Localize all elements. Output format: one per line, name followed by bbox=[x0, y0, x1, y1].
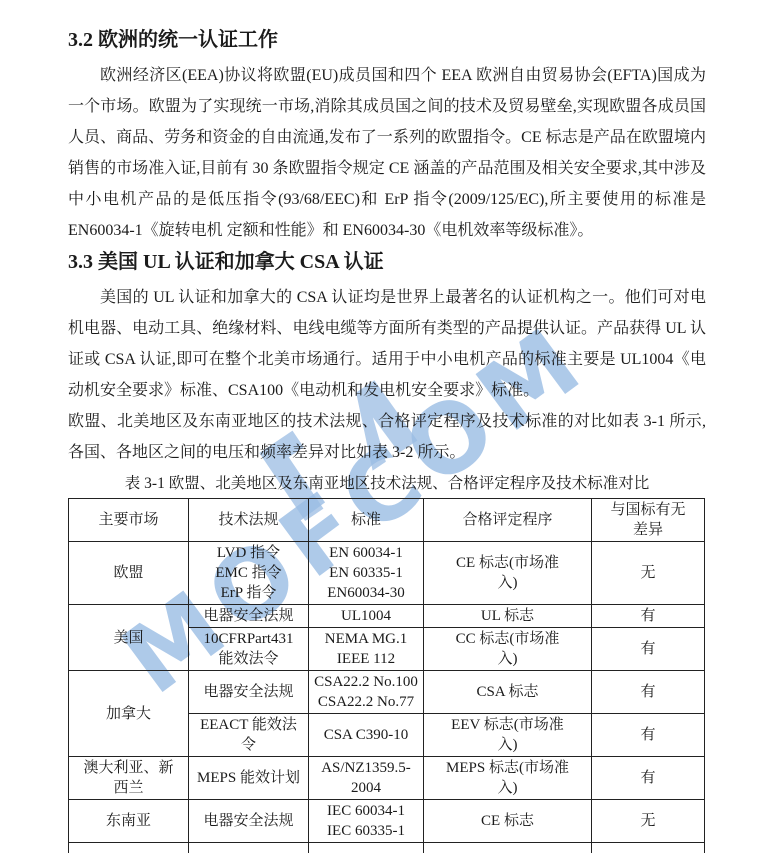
cell-regulation-canada-energy: EEACT 能效法 令 bbox=[189, 714, 309, 757]
cell-conformity-canada-energy: EEV 标志(市场准 入) bbox=[424, 714, 592, 757]
cell-difference-eu: 无 bbox=[592, 542, 705, 605]
cell-market-canada: 加拿大 bbox=[69, 671, 189, 757]
cell-conformity-eu: CE 标志(市场准 入) bbox=[424, 542, 592, 605]
col-header-regulation: 技术法规 bbox=[189, 499, 309, 542]
heading-3-3: 3.3 美国 UL 认证和加拿大 CSA 认证 bbox=[68, 248, 706, 276]
cell-market-eu: 欧盟 bbox=[69, 542, 189, 605]
col-header-standard: 标准 bbox=[309, 499, 424, 542]
cell-standard-canada-energy: CSA C390-10 bbox=[309, 714, 424, 757]
cell-regulation-australia-nz: MEPS 能效计划 bbox=[189, 757, 309, 800]
cell-difference-canada-safety: 有 bbox=[592, 671, 705, 714]
table-pagebreak-stub-row bbox=[69, 843, 705, 853]
document-page: MOFCOM 3.2 欧洲的统一认证工作 欧洲经济区(EEA)协议将欧盟(EU)… bbox=[0, 0, 772, 853]
col-header-market: 主要市场 bbox=[69, 499, 189, 542]
cell-regulation-canada-safety: 电器安全法规 bbox=[189, 671, 309, 714]
paragraph-eu-certification: 欧洲经济区(EEA)协议将欧盟(EU)成员国和四个 EEA 欧洲自由贸易协会(E… bbox=[68, 60, 706, 246]
cell-market-usa: 美国 bbox=[69, 605, 189, 671]
cell-market-southeast-asia: 东南亚 bbox=[69, 800, 189, 843]
comparison-table: 主要市场 技术法规 标准 合格评定程序 与国标有无 差异 欧盟 LVD 指令 E… bbox=[68, 498, 705, 853]
cell-difference-southeast-asia: 无 bbox=[592, 800, 705, 843]
col-header-difference: 与国标有无 差异 bbox=[592, 499, 705, 542]
cell-difference-canada-energy: 有 bbox=[592, 714, 705, 757]
table-row-canada-1: 加拿大 电器安全法规 CSA22.2 No.100 CSA22.2 No.77 … bbox=[69, 671, 705, 714]
cell-standard-southeast-asia: IEC 60034-1 IEC 60335-1 bbox=[309, 800, 424, 843]
table-row-southeast-asia: 东南亚 电器安全法规 IEC 60034-1 IEC 60335-1 CE 标志… bbox=[69, 800, 705, 843]
cell-regulation-usa-safety: 电器安全法规 bbox=[189, 605, 309, 628]
table-row-usa-1: 美国 电器安全法规 UL1004 UL 标志 有 bbox=[69, 605, 705, 628]
cell-regulation-usa-energy: 10CFRPart431 能效法令 bbox=[189, 628, 309, 671]
cell-standard-usa-energy: NEMA MG.1 IEEE 112 bbox=[309, 628, 424, 671]
cell-conformity-canada-safety: CSA 标志 bbox=[424, 671, 592, 714]
table-caption: 表 3-1 欧盟、北美地区及东南亚地区技术法规、合格评定程序及技术标准对比 bbox=[68, 472, 706, 496]
cell-difference-usa-safety: 有 bbox=[592, 605, 705, 628]
cell-standard-usa-safety: UL1004 bbox=[309, 605, 424, 628]
cell-standard-australia-nz: AS/NZ1359.5- 2004 bbox=[309, 757, 424, 800]
cell-standard-eu: EN 60034-1 EN 60335-1 EN60034-30 bbox=[309, 542, 424, 605]
cell-conformity-usa-safety: UL 标志 bbox=[424, 605, 592, 628]
heading-3-2: 3.2 欧洲的统一认证工作 bbox=[68, 26, 706, 54]
table-header-row: 主要市场 技术法规 标准 合格评定程序 与国标有无 差异 bbox=[69, 499, 705, 542]
document-content: 3.2 欧洲的统一认证工作 欧洲经济区(EEA)协议将欧盟(EU)成员国和四个 … bbox=[0, 0, 772, 853]
cell-conformity-usa-energy: CC 标志(市场准 入) bbox=[424, 628, 592, 671]
cell-difference-australia-nz: 有 bbox=[592, 757, 705, 800]
cell-regulation-eu: LVD 指令 EMC 指令 ErP 指令 bbox=[189, 542, 309, 605]
table-row-australia-nz: 澳大利亚、新 西兰 MEPS 能效计划 AS/NZ1359.5- 2004 ME… bbox=[69, 757, 705, 800]
cell-difference-usa-energy: 有 bbox=[592, 628, 705, 671]
col-header-conformity: 合格评定程序 bbox=[424, 499, 592, 542]
cell-market-australia-nz: 澳大利亚、新 西兰 bbox=[69, 757, 189, 800]
table-row-eu: 欧盟 LVD 指令 EMC 指令 ErP 指令 EN 60034-1 EN 60… bbox=[69, 542, 705, 605]
cell-conformity-southeast-asia: CE 标志 bbox=[424, 800, 592, 843]
cell-standard-canada-safety: CSA22.2 No.100 CSA22.2 No.77 bbox=[309, 671, 424, 714]
cell-conformity-australia-nz: MEPS 标志(市场准 入) bbox=[424, 757, 592, 800]
paragraph-comparison-intro: 欧盟、北美地区及东南亚地区的技术法规、合格评定程序及技术标准的对比如表 3-1 … bbox=[68, 406, 706, 468]
paragraph-ul-csa-certification: 美国的 UL 认证和加拿大的 CSA 认证均是世界上最著名的认证机构之一。他们可… bbox=[68, 282, 706, 406]
cell-regulation-southeast-asia: 电器安全法规 bbox=[189, 800, 309, 843]
